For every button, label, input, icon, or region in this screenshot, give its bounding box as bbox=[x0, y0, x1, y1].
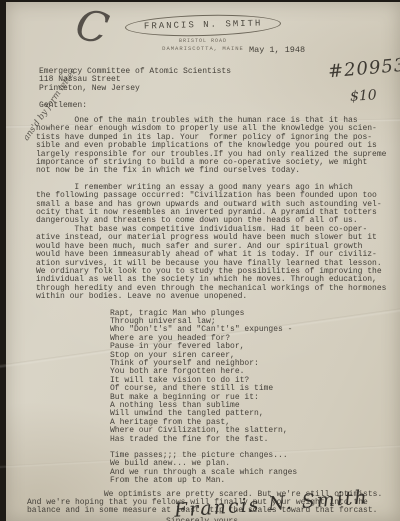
paragraph-1: One of the main troubles with the human … bbox=[36, 117, 398, 176]
letter-body: One of the main troubles with the human … bbox=[36, 117, 398, 521]
handwritten-catalog-number: #20953 bbox=[327, 55, 400, 83]
letter-date: May 1, 1948 bbox=[249, 46, 305, 54]
poem-stanza-2: Time passes;;; the picture changes... We… bbox=[110, 452, 398, 486]
paragraph-2: I remember writing an essay a good many … bbox=[36, 184, 398, 302]
recipient-address: Emergency Committee of Atomic Scientists… bbox=[39, 68, 231, 93]
letterhead: FRANCIS N. SMITH BRISTOL ROAD DAMARISCOT… bbox=[6, 14, 400, 52]
salutation: Gentlemen: bbox=[39, 102, 87, 110]
poem-stanza-1: Rapt, tragic Man who plunges Through uni… bbox=[110, 310, 398, 445]
scanned-letter: C ans'd by form letter #20953 $10 FRANCI… bbox=[0, 0, 400, 521]
letterhead-name: FRANCIS N. SMITH bbox=[125, 13, 282, 38]
letter-paper: C ans'd by form letter #20953 $10 FRANCI… bbox=[6, 2, 400, 521]
handwritten-price: $10 bbox=[350, 87, 378, 104]
letterhead-city: DAMARISCOTTA, MAINE bbox=[6, 45, 400, 52]
letterhead-street: BRISTOL ROAD bbox=[6, 38, 400, 44]
